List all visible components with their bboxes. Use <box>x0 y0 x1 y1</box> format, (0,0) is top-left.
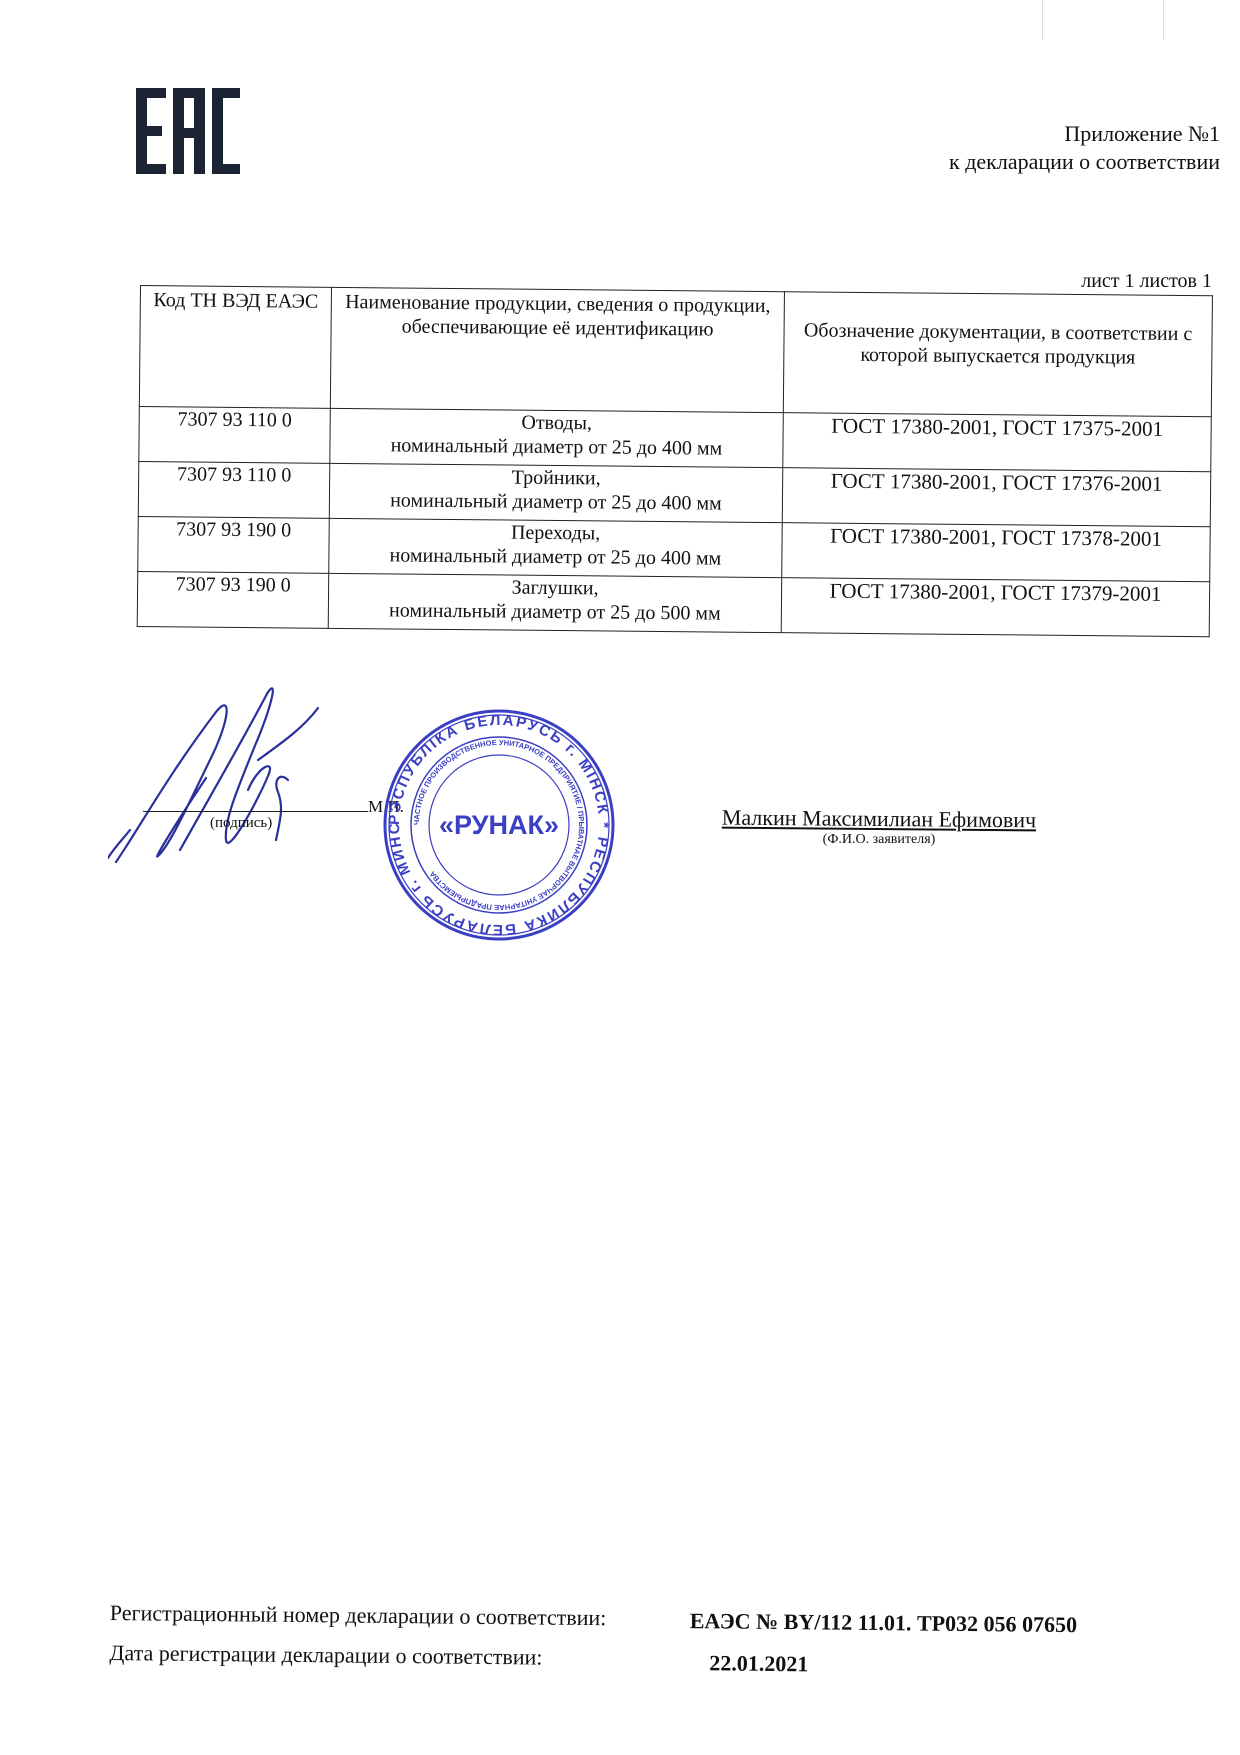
registration-block: Регистрационный номер декларации о соотв… <box>109 1600 110 1680</box>
cell-documentation: ГОСТ 17380-2001, ГОСТ 17379-2001 <box>781 578 1210 637</box>
sheet-counter: лист 1 листов 1 <box>1081 270 1212 293</box>
applicant-name: Малкин Максимилиан Ефимович <box>698 804 1060 833</box>
cell-documentation: ГОСТ 17380-2001, ГОСТ 17375-2001 <box>783 413 1212 472</box>
applicant-block: Малкин Максимилиан Ефимович (Ф.И.О. заяв… <box>698 806 1060 848</box>
eac-mark-icon <box>136 88 240 174</box>
cell-product: Заглушки,номинальный диаметр от 25 до 50… <box>328 573 782 632</box>
product-detail: номинальный диаметр от 25 до 500 мм <box>335 598 775 626</box>
registration-number-label: Регистрационный номер декларации о соотв… <box>110 1600 607 1631</box>
cell-code: 7307 93 190 0 <box>138 516 330 573</box>
product-detail: номинальный диаметр от 25 до 400 мм <box>336 488 776 516</box>
product-detail: номинальный диаметр от 25 до 400 мм <box>335 543 775 571</box>
cell-code: 7307 93 110 0 <box>139 406 331 463</box>
registration-number-value: ЕАЭС № BY/112 11.01. ТР032 056 07650 <box>690 1608 1078 1638</box>
signature-caption: (подпись) <box>210 815 272 832</box>
table-row: 7307 93 110 0Тройники,номинальный диамет… <box>138 461 1210 526</box>
cell-code: 7307 93 190 0 <box>137 571 329 628</box>
header-code: Код ТН ВЭД ЕАЭС <box>139 286 331 409</box>
cell-documentation: ГОСТ 17380-2001, ГОСТ 17376-2001 <box>782 468 1211 527</box>
cell-product: Тройники,номинальный диаметр от 25 до 40… <box>329 463 783 522</box>
table-row: 7307 93 190 0Заглушки,номинальный диамет… <box>137 571 1209 636</box>
cell-product: Отводы,номинальный диаметр от 25 до 400 … <box>330 408 784 467</box>
table-header-row: Код ТН ВЭД ЕАЭС Наименование продукции, … <box>139 286 1212 417</box>
scan-artifact <box>1042 0 1043 40</box>
table-row: 7307 93 110 0Отводы,номинальный диаметр … <box>139 406 1211 471</box>
header-product-name: Наименование продукции, сведения о проду… <box>330 287 784 412</box>
signature-image <box>108 680 368 870</box>
scan-artifact <box>1163 0 1164 40</box>
signature-line <box>143 811 368 812</box>
company-stamp-icon: РЭСПУБЛІКА БЕЛАРУСЬ г. МІНСК * РЕСПУБЛИК… <box>380 706 618 944</box>
registration-date-label: Дата регистрации декларации о соответств… <box>109 1640 542 1671</box>
cell-code: 7307 93 110 0 <box>138 461 330 518</box>
applicant-caption: (Ф.И.О. заявителя) <box>698 832 1060 848</box>
appendix-heading: Приложение №1 к декларации о соответстви… <box>949 120 1220 176</box>
appendix-title: Приложение №1 <box>949 120 1220 148</box>
products-table: Код ТН ВЭД ЕАЭС Наименование продукции, … <box>137 285 1213 637</box>
product-detail: номинальный диаметр от 25 до 400 мм <box>336 433 776 461</box>
cell-documentation: ГОСТ 17380-2001, ГОСТ 17378-2001 <box>782 523 1211 582</box>
appendix-subtitle: к декларации о соответствии <box>949 148 1220 176</box>
cell-product: Переходы,номинальный диаметр от 25 до 40… <box>329 518 783 577</box>
registration-date-value: 22.01.2021 <box>709 1650 808 1677</box>
table-row: 7307 93 190 0Переходы,номинальный диамет… <box>138 516 1210 581</box>
svg-text:«РУНАК»: «РУНАК» <box>439 810 559 840</box>
header-documentation: Обозначение документации, в соответствии… <box>783 292 1212 417</box>
